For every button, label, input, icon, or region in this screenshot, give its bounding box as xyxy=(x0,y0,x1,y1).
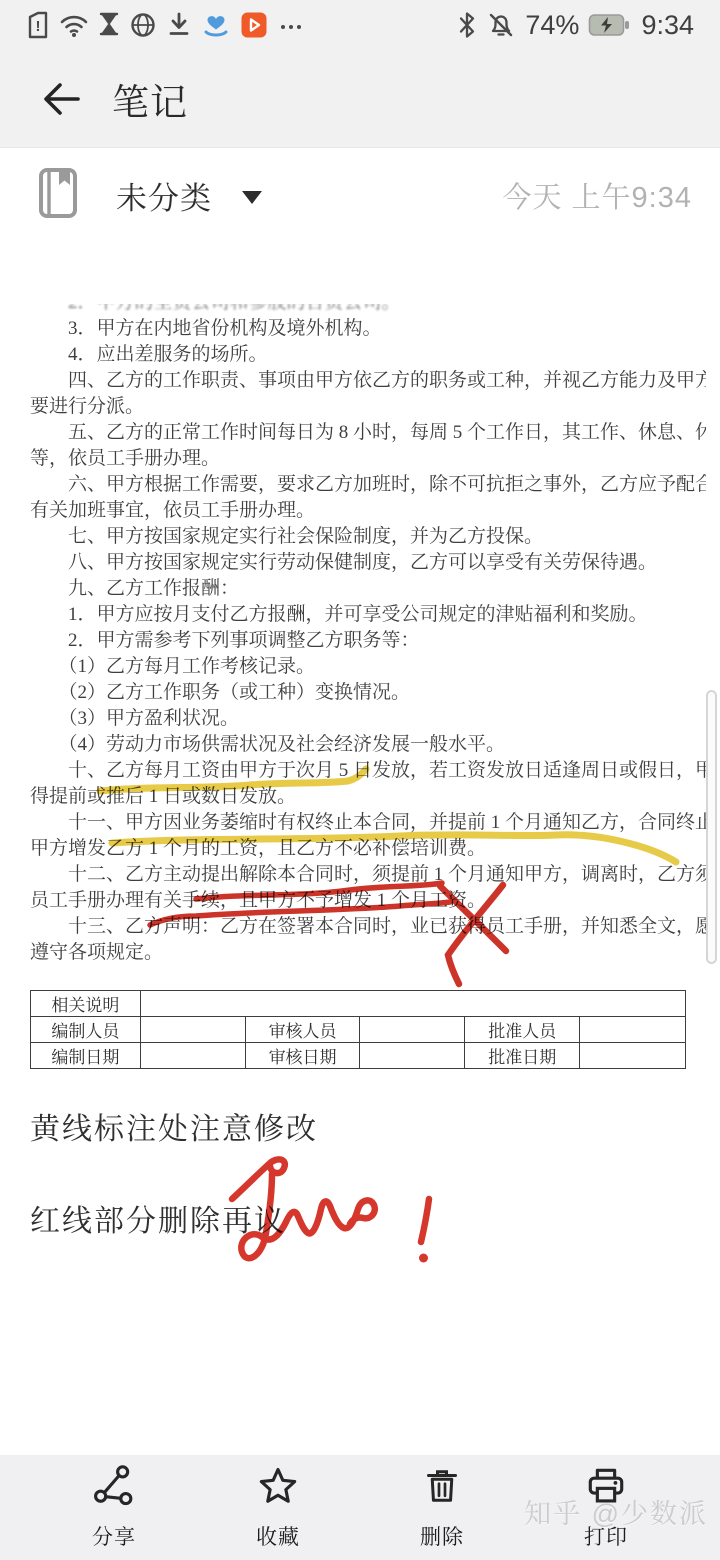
mute-bell-icon xyxy=(486,10,516,40)
document-line: 七、甲方按国家规定实行社会保险制度，并为乙方投保。 xyxy=(30,524,706,550)
heart-hand-icon xyxy=(201,11,231,39)
document-line: 2．甲方的全资公司和参股的合资公司。 xyxy=(30,304,706,316)
document-line: （2）乙方工作职务（或工种）变换情况。 xyxy=(30,680,706,706)
table-label-cell: 审核日期 xyxy=(245,1043,360,1069)
annotation-yellow-note: 黄线标注处注意修改 xyxy=(30,1104,318,1148)
svg-text:!: ! xyxy=(36,18,41,35)
page-title: 笔记 xyxy=(112,72,188,126)
share-label: 分享 xyxy=(92,1521,136,1551)
table-label-cell: 相关说明 xyxy=(31,991,141,1017)
favorite-label: 收藏 xyxy=(256,1521,300,1551)
document-line: 十一、甲方因业务萎缩时有权终止本合同，并提前 1 个月通知乙方，合同终止时， xyxy=(30,810,706,836)
table-label-cell: 编制人员 xyxy=(31,1017,141,1043)
approval-table: 相关说明编制人员审核人员批准人员编制日期审核日期批准日期 xyxy=(30,990,686,1069)
delete-button[interactable]: 删除 xyxy=(360,1455,524,1560)
document-line: 甲方增发乙方 1 个月的工资，且乙方不必补偿培训费。 xyxy=(30,836,706,862)
table-empty-cell xyxy=(580,1043,686,1069)
document-line: 要进行分派。 xyxy=(30,394,706,420)
document-line: （4）劳动力市场供需状况及社会经济发展一般水平。 xyxy=(30,732,706,758)
document-line: 十、乙方每月工资由甲方于次月 5 日发放，若工资发放日适逢周日或假日，甲方 xyxy=(30,758,706,784)
document-line: 等，依员工手册办理。 xyxy=(30,446,706,472)
category-selector-label[interactable]: 未分类 xyxy=(116,173,212,218)
status-bar: ! xyxy=(0,0,720,50)
document-text-block: 2．甲方的全资公司和参股的合资公司。 3．甲方在内地省份机构及境外机构。 4．应… xyxy=(30,304,706,966)
trash-icon xyxy=(421,1464,463,1513)
table-label-cell: 批准日期 xyxy=(465,1043,580,1069)
red-exclamation-stroke xyxy=(421,1199,429,1242)
battery-percent: 74% xyxy=(525,10,579,41)
status-icons-left: ! xyxy=(26,11,305,39)
table-empty-cell xyxy=(140,1043,245,1069)
document-line: 有关加班事宜，依员工手册办理。 xyxy=(30,498,706,524)
document-line: 十二、乙方主动提出解除本合同时，须提前 1 个月通知甲方，调离时，乙方须按 xyxy=(30,862,706,888)
table-empty-cell xyxy=(140,1017,245,1043)
document-line: 九、乙方工作报酬： xyxy=(30,576,706,602)
scrollbar-thumb[interactable] xyxy=(706,690,717,964)
table-empty-cell xyxy=(580,1017,686,1043)
wifi-icon xyxy=(59,11,89,39)
table-label-cell: 编制日期 xyxy=(31,1043,141,1069)
delete-label: 删除 xyxy=(420,1521,464,1551)
share-icon xyxy=(92,1464,136,1513)
document-line: （1）乙方每月工作考核记录。 xyxy=(30,654,706,680)
document-line: （3）甲方盈利状况。 xyxy=(30,706,706,732)
document-line: 4．应出差服务的场所。 xyxy=(30,342,706,368)
chevron-down-icon[interactable] xyxy=(242,191,262,204)
document-line: 十三、乙方声明：乙方在签署本合同时，业已获得员工手册，并知悉全文，愿意 xyxy=(30,914,706,940)
table-empty-cell xyxy=(360,1043,465,1069)
note-timestamp: 今天 上午9:34 xyxy=(503,175,693,216)
document-line: 员工手册办理有关手续，且甲方不予增发 1 个月工资。 xyxy=(30,888,706,914)
annotation-red-note: 红线部分删除再议 xyxy=(30,1196,286,1240)
document-line: 五、乙方的正常工作时间每日为 8 小时，每周 5 个工作日，其工作、休息、休假 xyxy=(30,420,706,446)
battery-charging-icon xyxy=(588,12,630,38)
document-line: 2．甲方需参考下列事项调整乙方职务等： xyxy=(30,628,706,654)
favorite-button[interactable]: 收藏 xyxy=(196,1455,360,1560)
app-header: 笔记 xyxy=(0,50,720,148)
status-icons-right: 74% 9:34 xyxy=(457,10,694,41)
back-button[interactable] xyxy=(40,77,84,121)
document-line: 3．甲方在内地省份机构及境外机构。 xyxy=(30,316,706,342)
table-label-cell: 审核人员 xyxy=(245,1017,360,1043)
note-image-contract[interactable]: 2．甲方的全资公司和参股的合资公司。 3．甲方在内地省份机构及境外机构。 4．应… xyxy=(30,304,706,966)
download-icon xyxy=(166,11,192,39)
hourglass-icon xyxy=(98,11,120,39)
notebook-icon xyxy=(38,167,78,224)
star-icon xyxy=(255,1464,301,1513)
notes-app-screen: ! xyxy=(0,0,720,1560)
globe-icon xyxy=(129,11,157,39)
sim-alert-icon: ! xyxy=(26,11,50,39)
table-empty-cell xyxy=(140,991,685,1017)
red-exclamation-dot xyxy=(419,1254,428,1263)
ellipsis-icon xyxy=(277,11,305,39)
bluetooth-icon xyxy=(457,10,477,40)
play-badge-icon xyxy=(240,11,268,39)
clock-time: 9:34 xyxy=(641,10,694,41)
document-line: 1．甲方应按月支付乙方报酬，并可享受公司规定的津贴福利和奖励。 xyxy=(30,602,706,628)
document-line: 得提前或推后 1 日或数日发放。 xyxy=(30,784,706,810)
watermark-text: 知乎 @少数派 xyxy=(524,1492,708,1531)
table-empty-cell xyxy=(360,1017,465,1043)
document-line: 六、甲方根据工作需要，要求乙方加班时，除不可抗拒之事外，乙方应予配合， xyxy=(30,472,706,498)
share-button[interactable]: 分享 xyxy=(32,1455,196,1560)
document-line: 八、甲方按国家规定实行劳动保健制度，乙方可以享受有关劳保待遇。 xyxy=(30,550,706,576)
document-line: 四、乙方的工作职责、事项由甲方依乙方的职务或工种，并视乙方能力及甲方需 xyxy=(30,368,706,394)
note-meta-row: 未分类 今天 上午9:34 xyxy=(0,160,720,230)
document-line: 遵守各项规定。 xyxy=(30,940,706,966)
table-label-cell: 批准人员 xyxy=(465,1017,580,1043)
